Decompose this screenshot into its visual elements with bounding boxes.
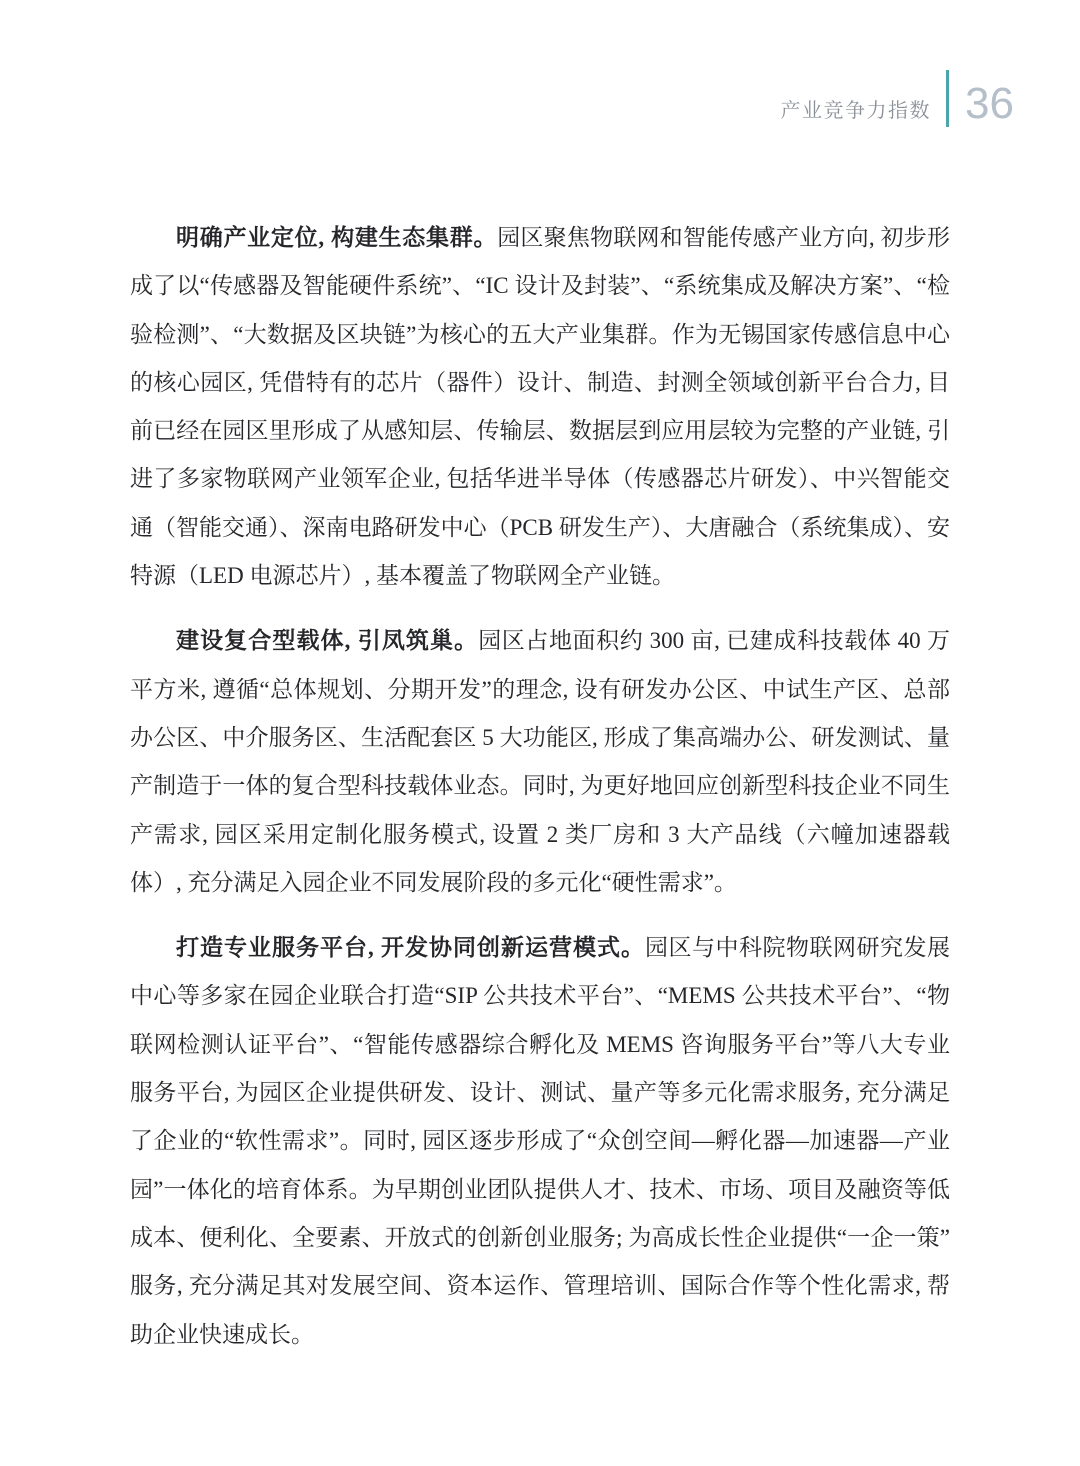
paragraph-industry-positioning: 明确产业定位, 构建生态集群。园区聚焦物联网和智能传感产业方向, 初步形成了以“… <box>130 214 950 600</box>
paragraph-2-lead: 建设复合型载体, 引凤筑巢。 <box>176 628 478 653</box>
document-body: 明确产业定位, 构建生态集群。园区聚焦物联网和智能传感产业方向, 初步形成了以“… <box>130 214 950 1376</box>
paragraph-composite-carrier: 建设复合型载体, 引凤筑巢。园区占地面积约 300 亩, 已建成科技载体 40 … <box>130 617 950 907</box>
section-title: 产业竞争力指数 <box>781 101 932 121</box>
paragraph-1-lead: 明确产业定位, 构建生态集群。 <box>176 225 497 250</box>
paragraph-service-platform: 打造专业服务平台, 开发协同创新运营模式。园区与中科院物联网研究发展中心等多家在… <box>130 924 950 1359</box>
page-number: 36 <box>965 82 1014 126</box>
paragraph-1-text: 园区聚焦物联网和智能传感产业方向, 初步形成了以“传感器及智能硬件系统”、“IC… <box>130 225 950 588</box>
paragraph-2-text: 园区占地面积约 300 亩, 已建成科技载体 40 万平方米, 遵循“总体规划、… <box>130 628 950 894</box>
header-divider-bar <box>946 70 949 127</box>
page-header: 产业竞争力指数 36 <box>781 70 1014 127</box>
paragraph-3-text: 园区与中科院物联网研究发展中心等多家在园企业联合打造“SIP 公共技术平台”、“… <box>130 935 950 1346</box>
document-page: 产业竞争力指数 36 明确产业定位, 构建生态集群。园区聚焦物联网和智能传感产业… <box>0 0 1080 1466</box>
paragraph-3-lead: 打造专业服务平台, 开发协同创新运营模式。 <box>176 935 645 960</box>
